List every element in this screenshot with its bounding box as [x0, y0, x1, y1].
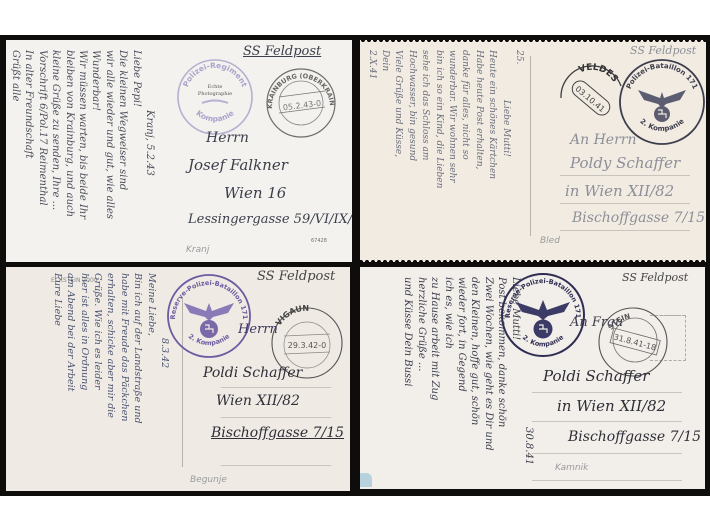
- address-guide-line: [560, 175, 690, 176]
- pencil-location-note: Kranj: [186, 245, 209, 255]
- address-line-1: Herrn: [206, 130, 249, 146]
- address-guide-line: [532, 421, 682, 422]
- pencil-location-note: Kamnik: [555, 463, 588, 473]
- svg-text:29.3.42-0: 29.3.42-0: [288, 341, 327, 350]
- address-guide-line: [532, 453, 682, 454]
- pencil-location-note: Begunje: [190, 475, 227, 485]
- address-line-3: in Wien XII/82: [565, 182, 674, 200]
- address-line-3: Wien XII/82: [216, 393, 300, 409]
- unit-cachet-polizei-regiment: Polizei-Regiment Kompanie Echte Photogra…: [176, 58, 254, 136]
- stain-mark: [360, 473, 372, 487]
- postmark-krainburg: KRAINBURG (OBERKRAIN) 05.2.43-0: [265, 67, 337, 139]
- message-text: 8.3.42 Meine Liebe, Bin ich auf der Land…: [50, 273, 171, 424]
- address-line-3: in Wien XII/82: [557, 397, 666, 415]
- address-line-2: Poldi Schaffer: [543, 367, 649, 385]
- postcard-kranj[interactable]: Kranj, 5.2.43 Liebe Pepi! Die kleinen We…: [6, 40, 352, 262]
- eagle-icon: [516, 300, 570, 339]
- feldpost-header: SS Feldpost: [630, 44, 696, 57]
- feldpost-header: SS Feldpost: [243, 44, 321, 59]
- svg-text:Photographie: Photographie: [198, 91, 232, 97]
- postcard-begunje[interactable]: ECKSTEIN 2000 8.3.42 Meine Liebe, Bin ic…: [6, 267, 350, 491]
- address-line-1: An Herrn: [570, 132, 636, 148]
- address-guide-line: [221, 387, 331, 388]
- address-guide-line: [532, 480, 682, 481]
- address-line-1: Herrn: [238, 322, 278, 337]
- address-line-4: Lessingergasse 59/VI/IX/16: [188, 212, 352, 227]
- divider-line: [530, 56, 531, 236]
- svg-text:Echte: Echte: [208, 84, 223, 90]
- svg-text:03.10.41: 03.10.41: [573, 84, 606, 114]
- postcard-kamnik[interactable]: 30.8.41 Liebe Mutti! Post bekommen, dank…: [360, 267, 705, 489]
- svg-text:Polizei-Bataillon 171: Polizei-Bataillon 171: [625, 62, 699, 91]
- message-text: 25. Liebe Mutti! Heute ein schönes Kärtc…: [364, 50, 525, 188]
- print-code: 67428: [311, 238, 327, 244]
- address-line-4: Bischoffgasse 7/15: [211, 425, 344, 441]
- svg-text:Kompanie: Kompanie: [194, 109, 235, 124]
- address-guide-line: [560, 203, 690, 204]
- address-line-4: Bischoffgasse 7/15: [572, 210, 705, 226]
- postmark-veldes: VELDES 03.10.41: [555, 58, 627, 130]
- address-line-4: Bischoffgasse 7/15: [568, 429, 701, 445]
- feldpost-header: SS Feldpost: [622, 271, 688, 284]
- address-guide-line: [560, 230, 690, 231]
- address-guide-line: [221, 417, 331, 418]
- address-guide-line: [532, 392, 682, 393]
- address-line-1: An Frau: [570, 315, 623, 330]
- eagle-icon: [638, 90, 686, 122]
- svg-text:VIGAUN: VIGAUN: [274, 304, 309, 327]
- address-line-2: Poldi Schaffer: [203, 365, 302, 381]
- feldpost-header: SS Feldpost: [257, 269, 335, 284]
- address-line-2: Josef Falkner: [188, 156, 288, 174]
- pencil-location-note: Bled: [540, 236, 560, 246]
- address-line-2: Poldy Schaffer: [570, 154, 680, 172]
- unit-cachet-polizei-bataillon: Reserve-Polizei-Bataillon 171 2. Kompani…: [166, 273, 252, 359]
- message-text: Kranj, 5.2.43 Liebe Pepi! Die kleinen We…: [9, 50, 156, 219]
- postcard-bled[interactable]: 25. Liebe Mutti! Heute ein schönes Kärtc…: [360, 40, 706, 262]
- address-line-3: Wien 16: [224, 184, 286, 202]
- address-guide-line: [221, 465, 331, 466]
